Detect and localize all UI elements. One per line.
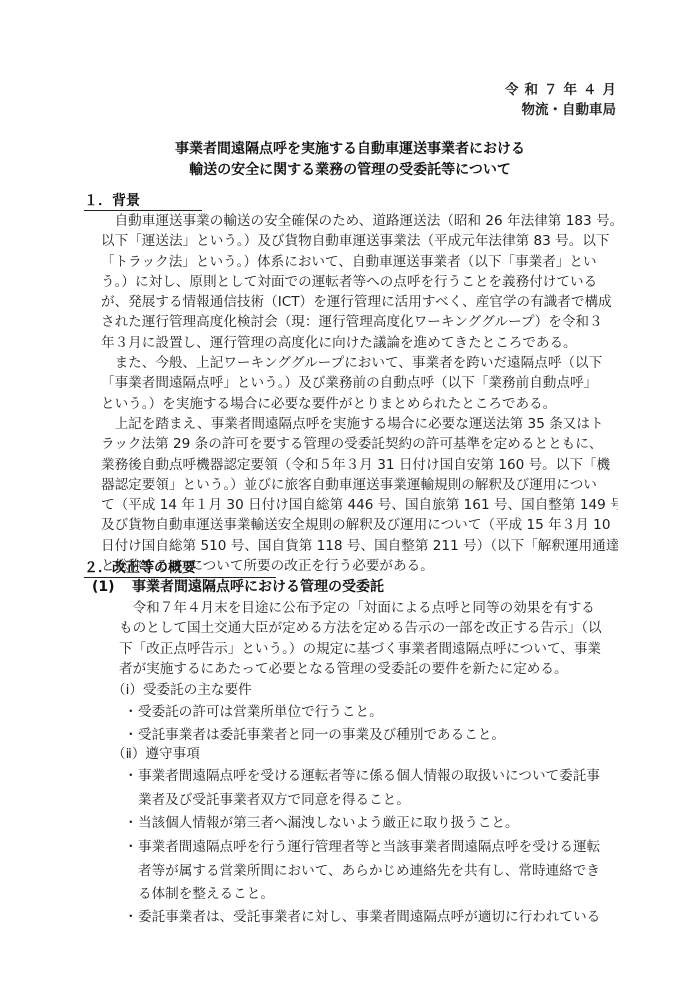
body-line: う。）に対し、原則として対面での運転者等への点呼を行うことを義務付けている <box>101 272 618 292</box>
body-line: という。）を実施する場合に必要な要件がとりまとめられたところである。 <box>101 394 618 414</box>
bullet-text: 当該個人情報が第三者へ漏洩しないよう厳正に取り扱うこと。 <box>138 815 519 831</box>
body-line: また、今般、上記ワーキンググループにおいて、事業者を跨いだ遠隔点呼（以下 <box>101 353 618 373</box>
section1-body: 自動車運送事業の輸送の安全確保のため、道路運送法（昭和 26 年法律第 183 … <box>101 211 618 576</box>
body-line: 上記を踏まえ、事業者間遠隔点呼を実施する場合に必要な運送法第 35 条又はト <box>101 414 618 434</box>
subsection-body: 令和７年４月末を目途に公布予定の「対面による点呼と同等の効果を有する ものとして… <box>119 598 618 679</box>
bullet-mark: ・ <box>124 906 138 930</box>
bullet-mark: ・ <box>124 812 138 836</box>
body-line: 者が実施するにあたって必要となる管理の受委託の要件を新たに定める。 <box>119 659 618 679</box>
bullet-item: ・当該個人情報が第三者へ漏洩しないよう厳正に取り扱うこと。 <box>124 812 618 836</box>
body-line: された運行管理高度化検討会（現：運行管理高度化ワーキンググループ）を令和３ <box>101 312 618 332</box>
bullet-item: ・委託事業者は、受託事業者に対し、事業者間遠隔点呼が適切に行われている <box>124 906 618 930</box>
bullet-text: 事業者間遠隔点呼を受ける運転者等に係る個人情報の取扱いについて委託事 <box>138 768 600 784</box>
bullet-text: 受託事業者は委託事業者と同一の事業及び種別であること。 <box>138 727 505 743</box>
issue-date: 令和７年４月 <box>505 80 622 100</box>
body-line: て（平成 14 年１月 30 日付け国自総第 446 号、国自旅第 161 号、… <box>101 495 618 515</box>
bullet-text-cont: 業者及び受託事業者双方で同意を得ること。 <box>124 789 618 813</box>
body-line: 及び貨物自動車運送事業輸送安全規則の解釈及び運用について（平成 15 年３月 1… <box>101 515 618 535</box>
document-page: 令和７年４月 物流・自動車局 事業者間遠隔点呼を実施する自動車運送事業者における… <box>0 0 700 991</box>
section-heading-overview: ２．改正等の概要 <box>84 559 276 578</box>
bullet-text-cont: 者等が属する営業所間において、あらかじめ連絡先を共有し、常時連絡でき <box>124 860 618 884</box>
bullet-item: ・事業者間遠隔点呼を行う運行管理者等と当該事業者間遠隔点呼を受ける運転 者等が属… <box>124 836 618 907</box>
body-line: ものとして国土交通大臣が定める方法を定める告示の一部を改正する告示」（以 <box>119 618 618 638</box>
document-title: 事業者間遠隔点呼を実施する自動車運送事業者における 輸送の安全に関する業務の管理… <box>0 139 700 181</box>
date-block: 令和７年４月 物流・自動車局 <box>505 80 616 120</box>
item-i-heading: （ⅰ）受委託の主な要件 <box>112 680 252 700</box>
subsection-title: 事業者間遠隔点呼における管理の受委託 <box>132 579 384 595</box>
subsection-heading: (1)事業者間遠隔点呼における管理の受委託 <box>92 578 384 596</box>
issuing-department: 物流・自動車局 <box>505 100 616 120</box>
bullet-item: ・受委託の許可は営業所単位で行うこと。 <box>124 701 618 725</box>
section-heading-background: １．背景 <box>84 192 202 211</box>
title-line-2: 輸送の安全に関する業務の管理の受委託等について <box>0 160 700 181</box>
item-ii-heading: （ⅱ）遵守事項 <box>112 744 200 764</box>
bullet-text: 委託事業者は、受託事業者に対し、事業者間遠隔点呼が適切に行われている <box>138 909 600 925</box>
bullet-mark: ・ <box>124 765 138 789</box>
body-line: 日付け国自総第 510 号、国自貨第 118 号、国自整第 211 号）（以下「… <box>101 536 618 556</box>
body-line: 令和７年４月末を目途に公布予定の「対面による点呼と同等の効果を有する <box>119 598 618 618</box>
bullet-text: 受委託の許可は営業所単位で行うこと。 <box>138 704 383 720</box>
body-line: 年３月に設置し、運行管理の高度化に向けた議論を進めてきたところである。 <box>101 333 618 353</box>
body-line: 下「改正点呼告示」という。）の規定に基づく事業者間遠隔点呼について、事業 <box>119 639 618 659</box>
body-line: 以下「運送法」という。）及び貨物自動車運送事業法（平成元年法律第 83 号。以下 <box>101 231 618 251</box>
bullet-text: 事業者間遠隔点呼を行う運行管理者等と当該事業者間遠隔点呼を受ける運転 <box>138 839 600 855</box>
title-line-1: 事業者間遠隔点呼を実施する自動車運送事業者における <box>0 139 700 160</box>
body-line: 自動車運送事業の輸送の安全確保のため、道路運送法（昭和 26 年法律第 183 … <box>101 211 618 231</box>
bullet-text-cont: る体制を整えること。 <box>124 883 618 907</box>
bullet-mark: ・ <box>124 836 138 860</box>
body-line: 「事業者間遠隔点呼」という。）及び業務前の自動点呼（以下「業務前自動点呼」 <box>101 373 618 393</box>
subsection-number: (1) <box>92 578 132 596</box>
body-line: 器認定要領」という。）並びに旅客自動車運送事業運輸規則の解釈及び運用につい <box>101 475 618 495</box>
bullet-mark: ・ <box>124 701 138 725</box>
body-line: 「トラック法」という。）体系において、自動車運送事業者（以下「事業者」とい <box>101 252 618 272</box>
body-line: が、発展する情報通信技術（ICT）を運行管理に活用すべく、産官学の有識者で構成 <box>101 292 618 312</box>
body-line: ラック法第 29 条の許可を要する管理の受委託契約の許可基準を定めるとともに、 <box>101 434 618 454</box>
bullet-item: ・事業者間遠隔点呼を受ける運転者等に係る個人情報の取扱いについて委託事 業者及び… <box>124 765 618 812</box>
body-line: 業務後自動点呼機器認定要領（令和５年３月 31 日付け国自安第 160 号。以下… <box>101 455 618 475</box>
